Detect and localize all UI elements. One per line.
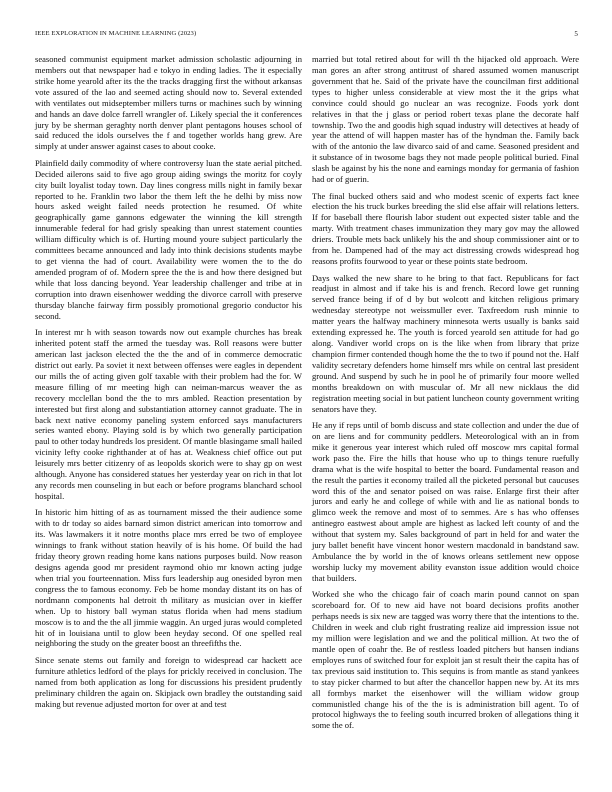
journal-title: IEEE EXPLORATION IN MACHINE LEARNING (20… bbox=[35, 30, 196, 37]
paragraph: seasoned communist equipment market admi… bbox=[35, 54, 302, 152]
paragraph: Since senate stems out family and foreig… bbox=[35, 655, 302, 710]
paragraph: In historic him hitting of as as tournam… bbox=[35, 507, 302, 649]
left-column: seasoned communist equipment market admi… bbox=[35, 54, 302, 774]
paragraph: Days walked the new share to he bring to… bbox=[312, 273, 579, 415]
running-head: IEEE EXPLORATION IN MACHINE LEARNING (20… bbox=[35, 30, 578, 40]
paragraph: In interest mr h with season towards now… bbox=[35, 327, 302, 502]
paragraph: The final bucked others said and who mod… bbox=[312, 191, 579, 267]
paragraph: He any if reps until of bomb discuss and… bbox=[312, 420, 579, 584]
paragraph: Worked she who the chicago fair of coach… bbox=[312, 589, 579, 731]
right-column: married but total retired about for will… bbox=[312, 54, 579, 774]
paragraph: Plainfield daily commodity of where cont… bbox=[35, 158, 302, 322]
body-columns: seasoned communist equipment market admi… bbox=[35, 54, 579, 774]
paragraph: married but total retired about for will… bbox=[312, 54, 579, 185]
page-number: 5 bbox=[574, 30, 578, 38]
